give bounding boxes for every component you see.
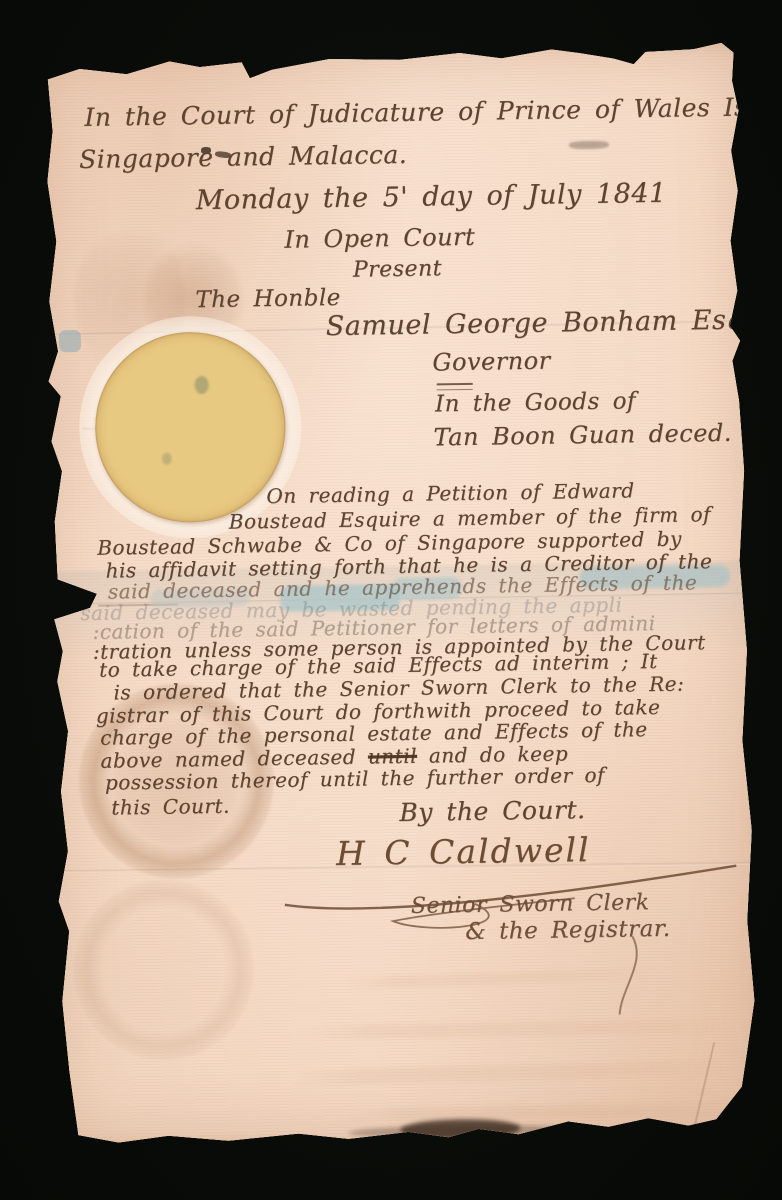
deceased-name: Tan Boon Guan deced. xyxy=(433,419,732,452)
seal-fleck-2 xyxy=(162,453,172,465)
edge-smudge-top xyxy=(569,141,609,150)
governor-title-underline xyxy=(437,383,473,391)
in-the-goods-of: In the Goods of xyxy=(435,388,636,417)
date-line: Monday the 5' day of July 1841 xyxy=(196,178,667,216)
court-name-line1: In the Court of Judicature of Prince of … xyxy=(84,92,782,132)
governor-name: Samuel George Bonham Esquire xyxy=(326,304,782,342)
seal-fleck-1 xyxy=(195,376,209,394)
bleed-through-line-4 xyxy=(348,1103,728,1121)
court-name-line2: Singapore and Malacca. xyxy=(79,140,408,174)
open-court-line: In Open Court xyxy=(284,223,475,254)
stain-circle-bottomleft xyxy=(72,878,255,1061)
honorific-line: The Honble xyxy=(195,285,341,313)
registrar-descender-flourish xyxy=(590,932,671,1023)
signer-role-line1: Senior Sworn Clerk xyxy=(411,890,650,919)
governor-title: Governor xyxy=(432,347,551,377)
body-line-15: this Court. xyxy=(111,794,230,820)
body-line-13-struck-word: until xyxy=(368,744,417,769)
bleed-through-line-3 xyxy=(297,1059,727,1086)
by-the-court-line: By the Court. xyxy=(399,795,585,827)
bottom-edge-smudge-faint xyxy=(348,1123,568,1138)
edge-patch-blue-gray xyxy=(59,330,81,352)
document-page: In the Court of Judicature of Prince of … xyxy=(31,40,766,1149)
photo-background: In the Court of Judicature of Prince of … xyxy=(0,0,782,1200)
bleed-through-line-2 xyxy=(307,1019,727,1040)
present-label: Present xyxy=(353,256,443,282)
crack-bottom-right xyxy=(692,1042,715,1132)
